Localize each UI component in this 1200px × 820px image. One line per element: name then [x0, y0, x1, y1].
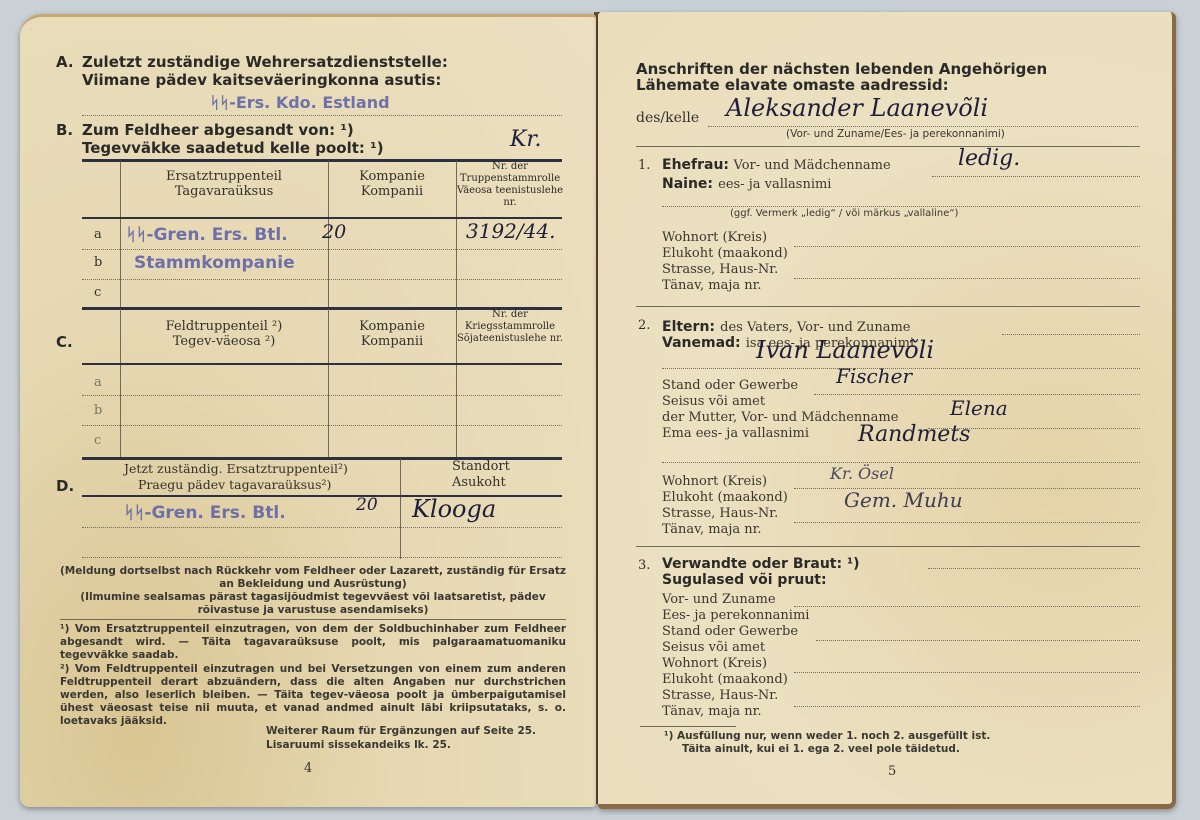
section-2-address-label: Wohnort (Kreis) [662, 474, 767, 489]
section-b-line1: Zum Feldheer abgesandt von: ¹) [82, 121, 354, 139]
section-1-address-label: Tänav, maja nr. [662, 278, 762, 293]
dotted-line [794, 706, 1140, 707]
row-label-a: a [94, 227, 102, 242]
mother-maiden-name: Randmets [858, 422, 970, 447]
dotted-line [662, 206, 1140, 207]
row-label-c: c [94, 285, 101, 300]
page-number: 4 [304, 761, 312, 776]
section-2-number: 2. [638, 318, 650, 333]
divider [60, 619, 566, 620]
dotted-line [82, 115, 562, 116]
right-title-et: Lähemate elavate omaste aadressid: [636, 76, 949, 94]
section-2-title-et: Vanemad: [662, 335, 741, 351]
divider [636, 546, 1140, 547]
more-space-et: Lisaruumi sissekandeiks lk. 25. [266, 739, 451, 751]
section-3-label: Vor- und Zuname [662, 592, 776, 607]
divider [640, 726, 736, 727]
row-a-roll-number: 3192/44. [466, 219, 555, 243]
dotted-line [82, 425, 562, 426]
section-c-letter: C. [56, 333, 73, 351]
notice-de: (Meldung dortselbst nach Rückkehr vom Fe… [60, 565, 566, 591]
dotted-line [814, 394, 1140, 395]
section-3-label: Wohnort (Kreis) [662, 656, 767, 671]
row-label-c: c [94, 433, 101, 448]
section-1-address-label: Elukoht (maakond) [662, 246, 788, 261]
more-space-de: Weiterer Raum für Ergänzungen auf Seite … [266, 725, 536, 737]
section-d-header-loc-et: Asukoht [452, 475, 506, 490]
dotted-line [794, 246, 1140, 247]
section-1-value: ledig. [958, 146, 1020, 171]
section-3-label: Elukoht (maakond) [662, 672, 788, 687]
dotted-line [816, 640, 1140, 641]
section-1-title-de: Ehefrau: [662, 157, 729, 173]
section-2-address-label: Tänav, maja nr. [662, 522, 762, 537]
table-divider [400, 459, 401, 559]
section-d-header-unit-et: Praegu pädev tagavaraüksus²) [138, 477, 331, 492]
dotted-line [82, 557, 562, 558]
section-1-line-de: Ehefrau: Vor- und Mädchenname [662, 157, 891, 173]
section-b-line2: Tegevväkke saadetud kelle poolt: ¹) [82, 139, 384, 157]
section-d-unit-number: 20 [356, 495, 378, 515]
section-3-title-de: Verwandte oder Braut: ¹) [662, 556, 860, 572]
section-3-label: Seisus või amet [662, 640, 765, 655]
section-d-location: Klooga [412, 495, 496, 523]
page-4: A. Zuletzt zuständige Wehrersatzdienstst… [20, 14, 596, 807]
row-b-unit-stamp: Stammkompanie [134, 253, 295, 273]
table-b-header-unit: Ersatztruppenteil Tagavaraüksus [120, 169, 328, 199]
dotted-line [662, 462, 1140, 463]
mother-first-name: Elena [950, 396, 1008, 420]
dotted-line [708, 126, 1138, 127]
section-1-address-label: Strasse, Haus-Nr. [662, 262, 778, 277]
dotted-line [82, 279, 562, 280]
occupation-label-de: Stand oder Gewerbe [662, 378, 798, 393]
section-d-unit-stamp: ᛋᛋ-Gren. Ers. Btl. [124, 503, 286, 523]
dotted-line [82, 527, 562, 528]
residence-value: Kr. Ösel [830, 464, 894, 483]
dotted-line [928, 428, 1140, 429]
section-3-label: Strasse, Haus-Nr. [662, 688, 778, 703]
divider [636, 146, 1140, 147]
table-c-header-company: Kompanie Kompanii [328, 319, 456, 349]
dotted-line [794, 278, 1140, 279]
right-footnote-et: Täita ainult, kui ei 1. ega 2. veel pole… [682, 743, 960, 755]
dotted-line [82, 249, 562, 250]
section-3-label: Tänav, maja nr. [662, 704, 762, 719]
section-1-line-et: Naine: ees- ja vallasnimi [662, 173, 831, 192]
section-2-address-label: Strasse, Haus-Nr. [662, 506, 778, 521]
des-kelle-label: des/kelle [636, 110, 699, 126]
section-3-title-et: Sugulased või pruut: [662, 572, 827, 588]
section-d-header-loc-de: Standort [452, 459, 510, 474]
footnote-2: ²) Vom Feldtruppenteil einzutragen und b… [60, 663, 566, 728]
table-c-header-unit: Feldtruppenteil ²) Tegev-väeosa ²) [120, 319, 328, 349]
section-a-line1: Zuletzt zuständige Wehrersatzdienststell… [82, 53, 448, 71]
row-label-b: b [94, 403, 102, 418]
dotted-line [794, 488, 1140, 489]
page-5: Anschriften der nächsten lebenden Angehö… [598, 12, 1176, 809]
dotted-line [82, 395, 562, 396]
row-label-a: a [94, 375, 102, 390]
section-3-label: Ees- ja perekonnanimi [662, 608, 809, 623]
section-2-address-label: Elukoht (maakond) [662, 490, 788, 505]
notice-et: (Ilmumine sealsamas pärast tagasijõudmis… [60, 591, 566, 617]
section-1-note: (ggf. Vermerk „ledig“ / või märkus „vall… [730, 208, 958, 219]
section-3-number: 3. [638, 558, 650, 573]
right-footnote-de: ¹) Ausfüllung nur, wenn weder 1. noch 2.… [664, 730, 990, 742]
section-a-line2: Viimane pädev kaitseväeringkonna asutis: [82, 71, 441, 89]
row-a-unit-number: 20 [322, 221, 346, 243]
father-name: Ivan Laanevõli [756, 336, 934, 364]
divider [636, 306, 1140, 307]
table-rule [82, 363, 562, 365]
occupation-label-et: Seisus või amet [662, 394, 765, 409]
dotted-line [794, 606, 1140, 607]
row-a-unit-stamp: ᛋᛋ-Gren. Ers. Btl. [126, 225, 288, 245]
section-1-label-et: ees- ja vallasnimi [718, 177, 831, 192]
dotted-line [928, 568, 1140, 569]
section-d-letter: D. [56, 477, 74, 495]
dotted-line [932, 176, 1140, 177]
dotted-line [794, 672, 1140, 673]
section-a-stamp: ᛋᛋ-Ers. Kdo. Estland [210, 93, 390, 112]
table-c-header-number: Nr. der Kriegsstammrolle Sõjateenistusle… [456, 309, 564, 345]
section-b-letter: B. [56, 121, 73, 139]
table-b-header-company: Kompanie Kompanii [328, 169, 456, 199]
section-1-title-et: Naine: [662, 176, 713, 192]
footnote-1: ¹) Vom Ersatztruppenteil einzutragen, vo… [60, 623, 566, 662]
street-value: Gem. Muhu [844, 488, 963, 512]
row-label-b: b [94, 255, 102, 270]
section-d-header-unit-de: Jetzt zuständig. Ersatztruppenteil²) [124, 461, 348, 476]
section-b-handwritten: Kr. [510, 127, 542, 152]
table-b-header-number: Nr. der Truppenstammrolle Väeosa teenist… [456, 161, 564, 209]
page-number: 5 [888, 764, 896, 779]
des-kelle-caption: (Vor- und Zuname/Ees- ja perekonnanimi) [786, 128, 1005, 140]
des-kelle-value: Aleksander Laanevõli [726, 94, 988, 122]
occupation-value: Fischer [836, 364, 912, 388]
section-1-address-label: Wohnort (Kreis) [662, 230, 767, 245]
dotted-line [1002, 334, 1140, 335]
section-1-label-de: Vor- und Mädchenname [734, 158, 891, 173]
section-3-label: Stand oder Gewerbe [662, 624, 798, 639]
dotted-line [794, 522, 1140, 523]
section-1-number: 1. [638, 158, 650, 173]
section-a-letter: A. [56, 53, 74, 71]
mother-label-et: Ema ees- ja vallasnimi [662, 426, 809, 441]
